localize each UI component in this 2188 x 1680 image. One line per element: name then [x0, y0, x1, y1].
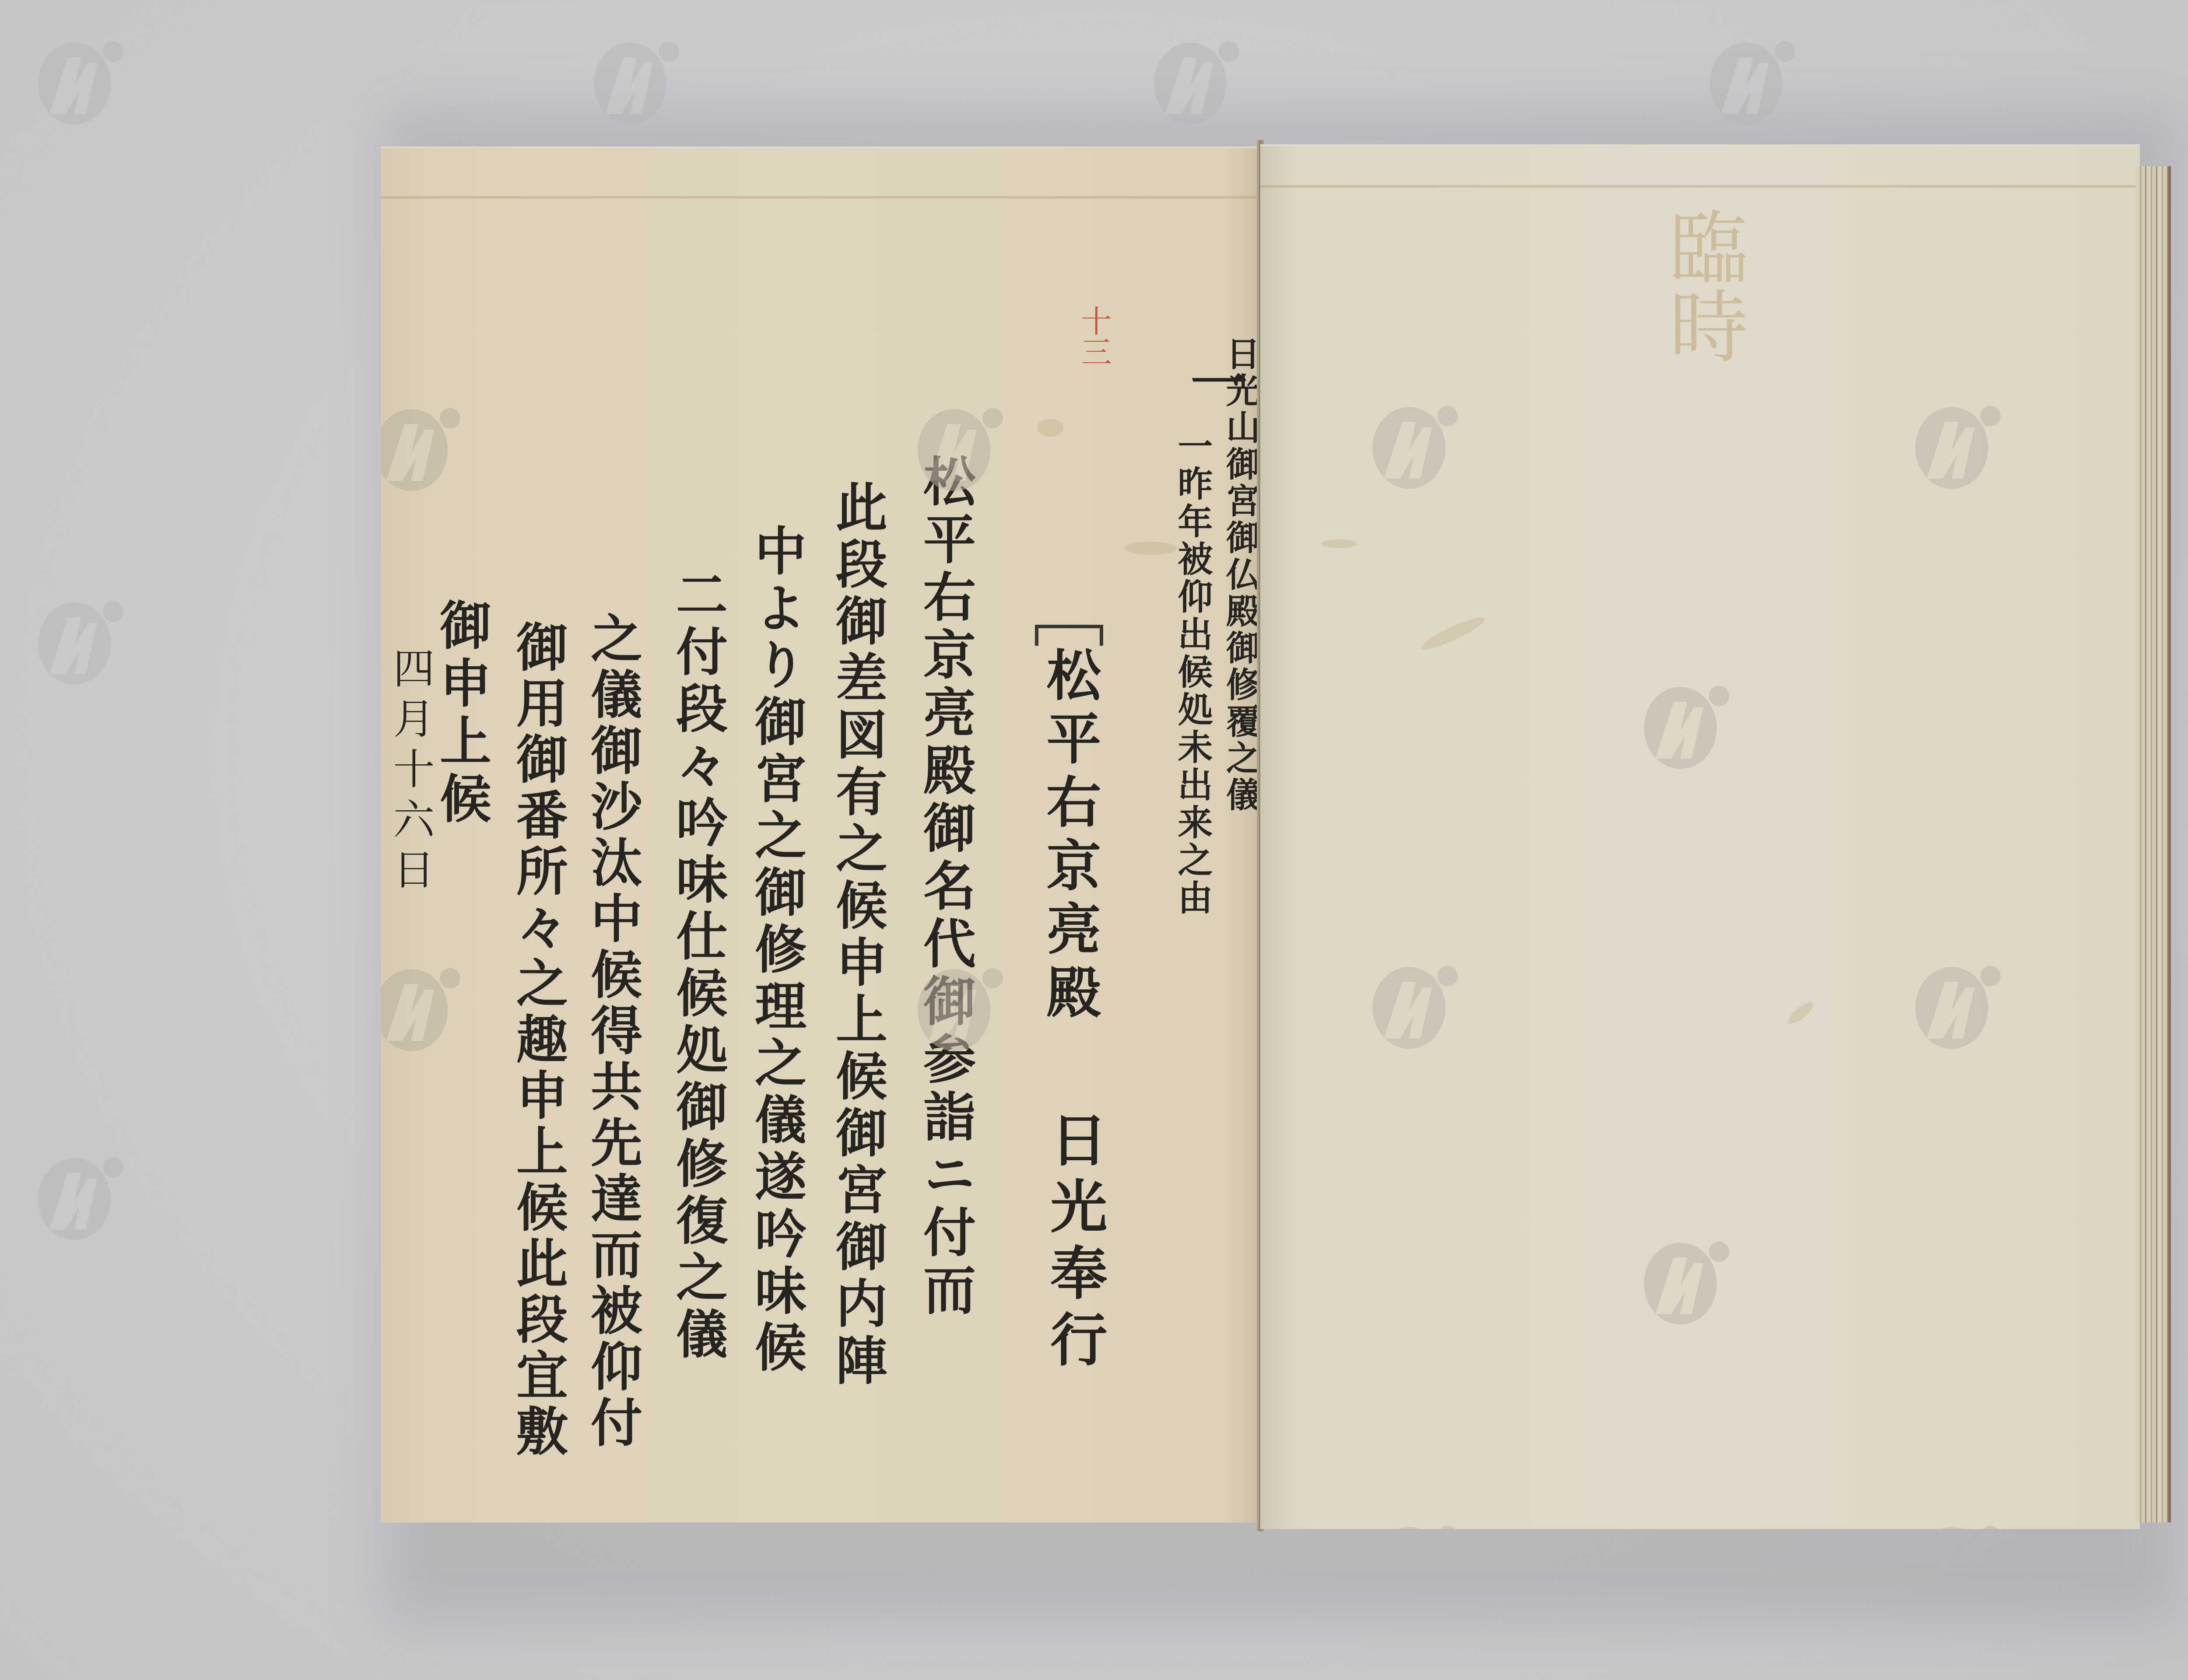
- watermark-logo-icon: [18, 577, 131, 691]
- body-column-2: 此段御差図有之候申上候御宮御内陣: [831, 480, 883, 1390]
- paper-stain: [1785, 999, 1816, 1027]
- watermark-logo-icon: [1352, 382, 1466, 496]
- watermark-logo-icon: [1352, 1502, 1466, 1529]
- watermark-logo-icon: [18, 1133, 131, 1247]
- paper-stain: [1125, 542, 1177, 555]
- title-column: 松平右京亮殿: [1041, 647, 1096, 1027]
- watermark-logo-icon: [1133, 17, 1247, 131]
- show-through-characters: 臨時: [1645, 207, 1758, 364]
- body-column-5: 之儀御沙汰中候得共先達而被仰付: [586, 612, 638, 1452]
- paper-stain: [1037, 419, 1063, 437]
- body-column-3: 中より御宮之御修理之儀遂吟味候: [750, 524, 802, 1377]
- header-column-2: 一昨年被仰出候処未出来之由: [1175, 428, 1210, 917]
- top-fold-line: [1260, 185, 2140, 188]
- watermark-logo-icon: [1352, 942, 1466, 1056]
- watermark-logo-icon: [1623, 1218, 1737, 1331]
- body-column-1: 松平右京亮殿御名代御参詣ニ付而: [919, 454, 971, 1320]
- stacked-page-edges: [2135, 166, 2171, 1522]
- body-column-6: 御用御番所々之趣申上候此段宜敷: [512, 620, 564, 1460]
- watermark-logo-icon: [573, 17, 687, 131]
- body-column-4: 二付段々吟味仕候処御修復之儀: [672, 568, 723, 1364]
- right-page: 臨時: [1260, 144, 2140, 1529]
- watermark-logo-icon: [381, 1504, 468, 1522]
- watermark-logo-icon: [18, 17, 131, 131]
- paper-stain: [1322, 539, 1357, 548]
- red-folio-mark: 十三: [1072, 305, 1116, 367]
- watermark-logo-icon: [897, 944, 1011, 1058]
- watermark-logo-icon: [1623, 662, 1737, 776]
- body-column-7: 御申上候: [435, 598, 487, 829]
- watermark-logo-icon: [1895, 942, 2009, 1056]
- left-page: 十三 一 日光山御宮御仏殿御修覆之儀 一昨年被仰出候処未出来之由 松平右京亮殿 …: [381, 147, 1260, 1522]
- date-column: 四月十六日: [389, 647, 431, 898]
- top-fold-line: [381, 196, 1260, 199]
- watermark-logo-icon: [1689, 17, 1803, 131]
- watermark-logo-icon: [897, 384, 1011, 498]
- watermark-logo-icon: [897, 1504, 1011, 1522]
- signatory-column: 日光奉行: [1046, 1110, 1103, 1376]
- title-bracket: [1035, 625, 1103, 646]
- header-column-1: 日光山御宮御仏殿御修覆之儀: [1223, 336, 1257, 814]
- watermark-logo-icon: [381, 384, 468, 498]
- paper-stain: [1418, 613, 1487, 654]
- watermark-logo-icon: [381, 944, 468, 1058]
- watermark-logo-icon: [1895, 1502, 2009, 1529]
- watermark-logo-icon: [1895, 382, 2009, 496]
